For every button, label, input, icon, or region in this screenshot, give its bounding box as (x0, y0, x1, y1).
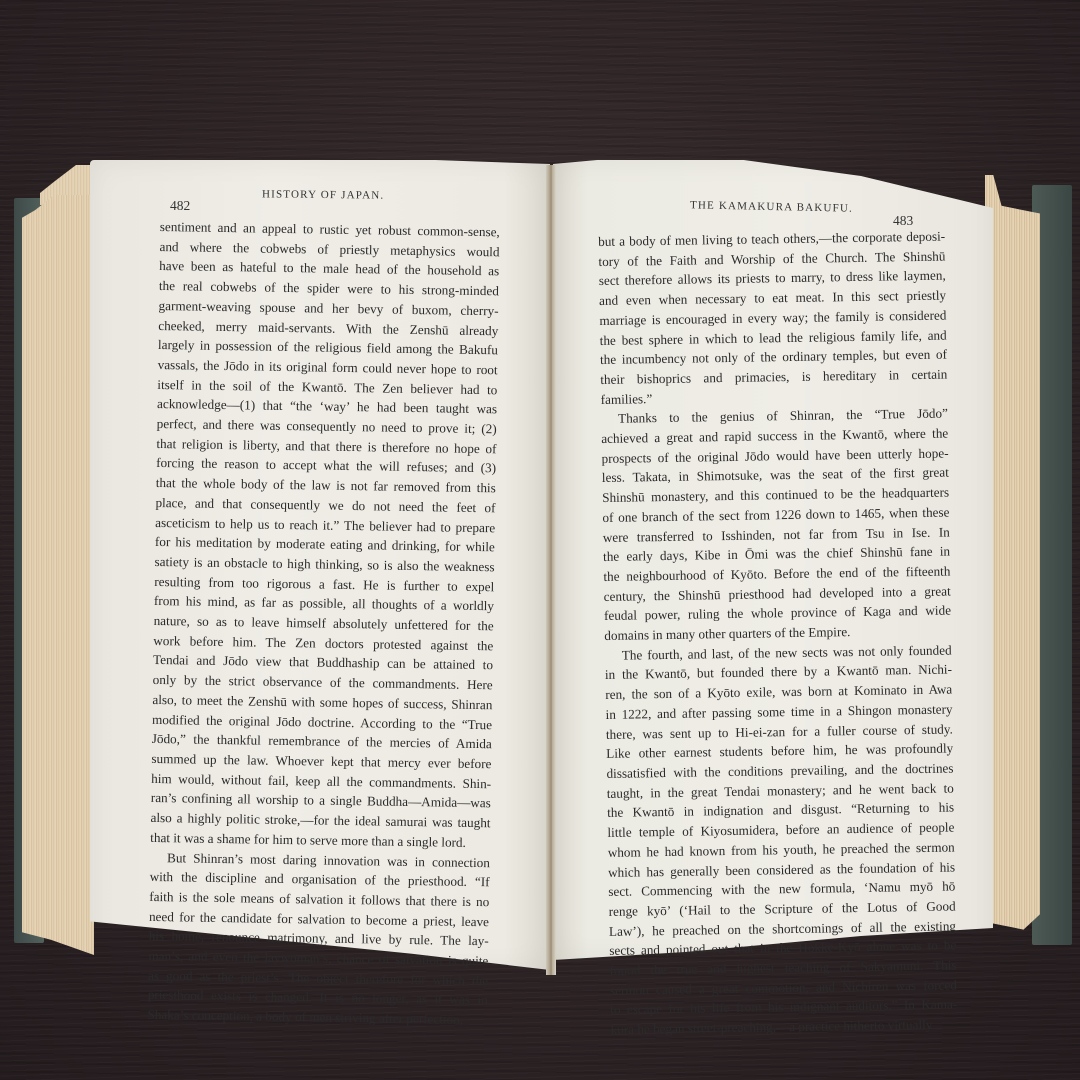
left-page-body: sentiment and an appeal to rustic yet ro… (147, 217, 500, 1030)
right-page-body: but a body of men living to teach others… (598, 227, 958, 1040)
page-number-left: 482 (170, 198, 190, 214)
text-line: Shaka’s conception, a body of men strivi… (147, 1005, 487, 1030)
paragraph: Thanks to the genius of Shinran, the “Tr… (601, 404, 952, 646)
page-edges-left (22, 195, 94, 955)
paragraph: The fourth, and last, of the new sects w… (604, 640, 957, 1039)
paragraph: but a body of men living to teach others… (598, 227, 948, 410)
paragraph: But Shinran’s most daring innovation was… (147, 847, 490, 1030)
running-head-left: HISTORY OF JAPAN. (262, 188, 385, 201)
open-book: 482 HISTORY OF JAPAN. THE KAMAKURA BAKUF… (0, 0, 1080, 1080)
book-gutter (546, 165, 556, 975)
paragraph: sentiment and an appeal to rustic yet ro… (150, 217, 500, 853)
text-line: kura he began street-preaching,—a practi… (610, 1015, 957, 1040)
page-edges-right (985, 175, 1040, 945)
